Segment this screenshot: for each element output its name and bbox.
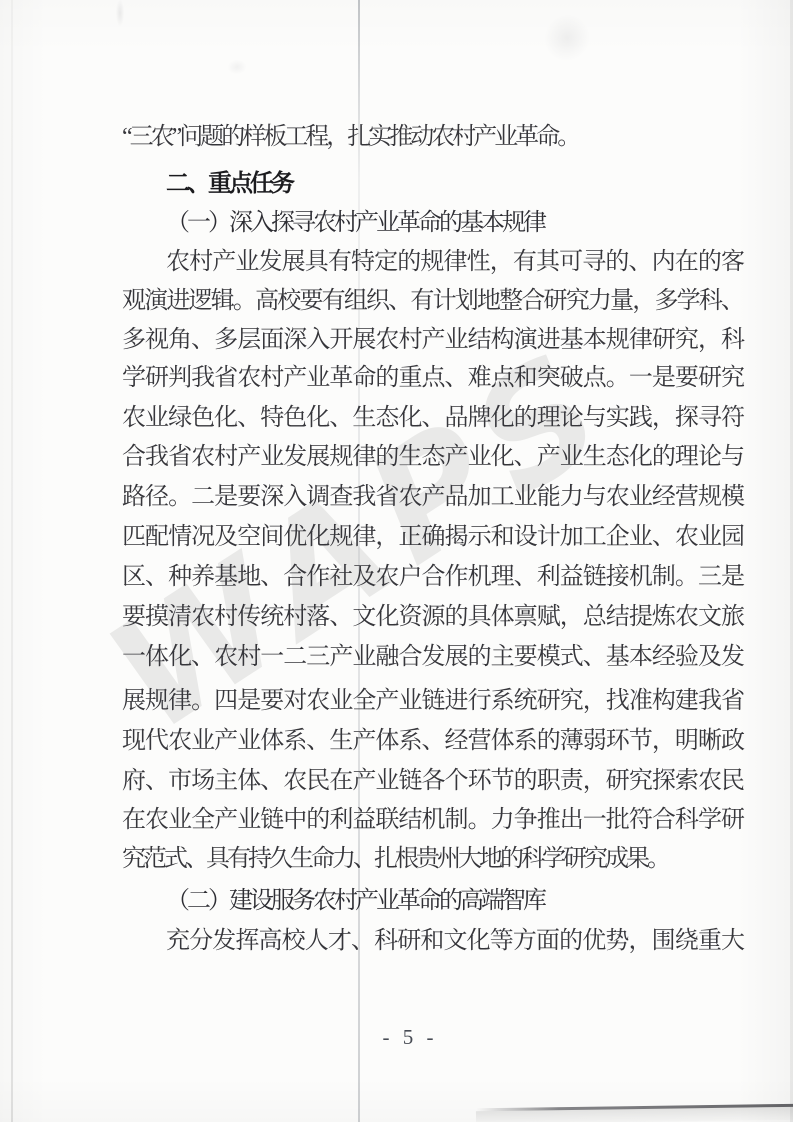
subsection-heading: （二）建设服务农村产业革命的高端智库 — [166, 881, 742, 921]
scan-smudge — [116, 0, 124, 26]
text-line: 一体化、农村一二三产业融合发展的主要模式、基本经验及发 — [122, 637, 742, 677]
text-line: 府、市场主体、农民在产业链各个环节的职责，研究探索农民 — [122, 761, 742, 801]
text-line: “三农”问题的样板工程，扎实推动农村产业革命。 — [122, 117, 742, 157]
text-line: 在农业全产业链中的利益联结机制。力争推出一批符合科学研 — [122, 800, 742, 840]
text-line: 区、种养基地、合作社及农户合作机理、利益链接机制。三是 — [122, 557, 742, 597]
paper-left-edge — [11, 0, 13, 1122]
text-line: 观演进逻辑。高校要有组织、有计划地整合研究力量，多学科、 — [122, 281, 742, 321]
text-line: 路径。二是要深入调查我省农产品加工业能力与农业经营规模 — [122, 477, 742, 517]
document-page: WAPS “三农”问题的样板工程，扎实推动农村产业革命。二、重点任务（一）深入探… — [0, 0, 793, 1122]
subsection-heading: （一）深入探寻农村产业革命的基本规律 — [166, 203, 742, 243]
text-line: 农业绿色化、特色化、生态化、品牌化的理论与实践，探寻符 — [122, 398, 742, 438]
text-line: 多视角、多层面深入开展农村产业结构演进基本规律研究，科 — [122, 320, 742, 360]
page-number: - 5 - — [320, 1022, 500, 1052]
text-line: 现代农业产业体系、生产体系、经营体系的薄弱环节，明晰政 — [122, 721, 742, 761]
text-line: 要摸清农村传统村落、文化资源的具体禀赋，总结提炼农文旅 — [122, 597, 742, 637]
scan-smudge — [536, 7, 598, 70]
section-heading: 二、重点任务 — [166, 164, 742, 204]
text-line: 充分发挥高校人才、科研和文化等方面的优势，围绕重大 — [166, 921, 742, 961]
text-line: 展规律。四是要对农业全产业链进行系统研究，找准构建我省 — [122, 681, 742, 721]
text-line: 合我省农村产业发展规律的生态产业化、产业生态化的理论与 — [122, 437, 742, 477]
text-line: 学研判我省农村产业革命的重点、难点和突破点。一是要研究 — [122, 358, 742, 398]
text-line: 农村产业发展具有特定的规律性，有其可寻的、内在的客 — [166, 242, 742, 282]
text-line: 匹配情况及空间优化规律，正确揭示和设计加工企业、农业园 — [122, 517, 742, 557]
text-line: 究范式、具有持久生命力、扎根贵州大地的科学研究成果。 — [122, 839, 742, 879]
scan-smudge — [228, 60, 246, 74]
